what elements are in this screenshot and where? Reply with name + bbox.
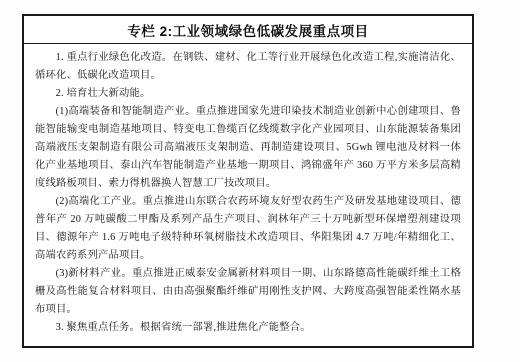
column-body: 1. 重点行业绿色化改造。在钢铁、建材、化工等行业开展绿色化改造工程,实施清洁化… bbox=[24, 44, 472, 337]
paragraph: (2)高端化工产业。重点推进山东联合农药环境友好型农药生产及研发基地建设项目、德… bbox=[35, 193, 461, 265]
paragraph: 1. 重点行业绿色化改造。在钢铁、建材、化工等行业开展绿色化改造工程,实施清洁化… bbox=[35, 49, 461, 85]
document-page: 专栏 2:工业领域绿色低碳发展重点项目 1. 重点行业绿色化改造。在钢铁、建材、… bbox=[0, 0, 520, 362]
column-box: 专栏 2:工业领域绿色低碳发展重点项目 1. 重点行业绿色化改造。在钢铁、建材、… bbox=[22, 14, 474, 348]
column-title: 专栏 2:工业领域绿色低碳发展重点项目 bbox=[24, 16, 472, 44]
paragraph: (3)新材料产业。重点推进正威泰安金属新材料项目一期、山东路德高性能碳纤维土工格… bbox=[35, 265, 461, 319]
paragraph: (1)高端装备和智能制造产业。重点推进国家先进印染技术制造业创新中心创建项目、鲁… bbox=[35, 103, 461, 193]
paragraph: 2. 培育壮大新动能。 bbox=[35, 85, 461, 103]
paragraph: 3. 聚焦重点任务。根据省统一部署,推进焦化产能整合。 bbox=[35, 319, 461, 337]
